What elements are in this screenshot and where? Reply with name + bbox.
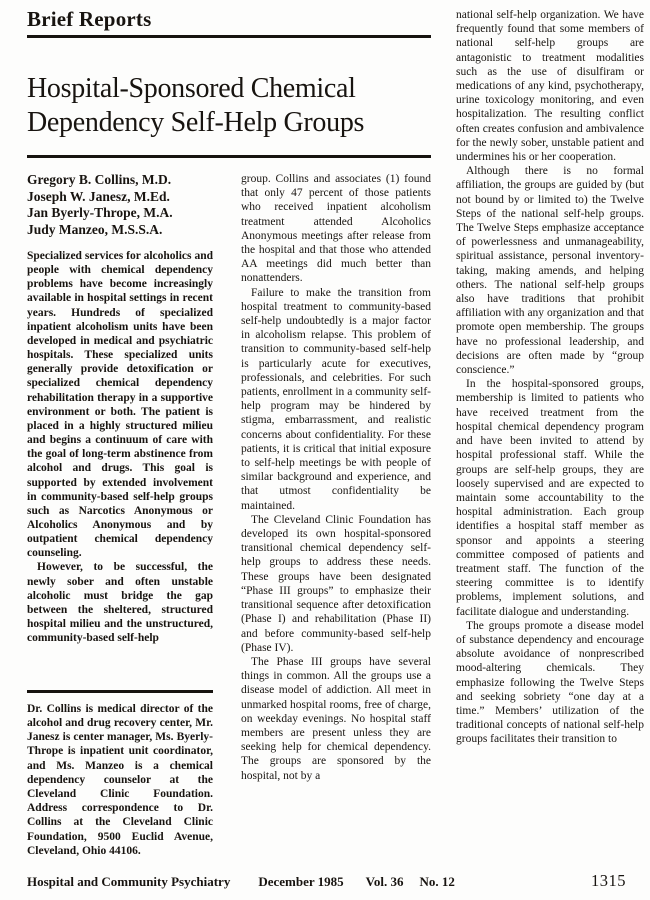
journal-page: Brief Reports Hospital-Sponsored Chemica… (0, 0, 650, 900)
body-paragraph: national self-help organization. We have… (456, 8, 644, 164)
footnote-rule (27, 690, 213, 693)
footnote-text: Dr. Collins is medical director of the a… (27, 702, 213, 858)
columns-one-two: Gregory B. Collins, M.D. Joseph W. Janes… (27, 172, 431, 858)
author-name: Judy Manzeo, M.S.S.A. (27, 222, 213, 239)
volume-label: Vol. 36 (366, 874, 404, 890)
column-2: group. Collins and associates (1) found … (241, 172, 431, 858)
running-footer: Hospital and Community Psychiatry Decemb… (27, 871, 626, 891)
issue-number: No. 12 (419, 874, 454, 890)
author-footnote: Dr. Collins is medical director of the a… (27, 690, 213, 858)
title-rule (27, 155, 431, 158)
page-body: Brief Reports Hospital-Sponsored Chemica… (27, 6, 627, 858)
body-paragraph: The Phase III groups have several things… (241, 655, 431, 783)
issue-date: December 1985 (258, 874, 343, 890)
section-rule (27, 35, 431, 38)
journal-name: Hospital and Community Psychiatry (27, 874, 230, 890)
page-number: 1315 (591, 871, 626, 891)
body-paragraph: Specialized services for alcoholics and … (27, 249, 213, 560)
author-name: Joseph W. Janesz, M.Ed. (27, 189, 213, 206)
author-name: Jan Byerly-Thrope, M.A. (27, 205, 213, 222)
section-heading: Brief Reports (27, 6, 431, 32)
body-paragraph: In the hospital-sponsored groups, member… (456, 377, 644, 618)
author-name: Gregory B. Collins, M.D. (27, 172, 213, 189)
body-paragraph: Although there is no formal affiliation,… (456, 164, 644, 377)
article-title: Hospital-Sponsored Chemical Dependency S… (27, 72, 431, 140)
author-list: Gregory B. Collins, M.D. Joseph W. Janes… (27, 172, 213, 238)
body-paragraph: Failure to make the transition from hosp… (241, 286, 431, 513)
left-column-group: Brief Reports Hospital-Sponsored Chemica… (27, 6, 431, 858)
body-paragraph: The groups promote a disease model of su… (456, 619, 644, 747)
column-3: national self-help organization. We have… (456, 6, 644, 857)
body-paragraph: The Cleveland Clinic Foundation has deve… (241, 513, 431, 655)
body-paragraph: However, to be successful, the newly sob… (27, 560, 213, 645)
column-1: Gregory B. Collins, M.D. Joseph W. Janes… (27, 172, 213, 858)
body-paragraph: group. Collins and associates (1) found … (241, 172, 431, 286)
